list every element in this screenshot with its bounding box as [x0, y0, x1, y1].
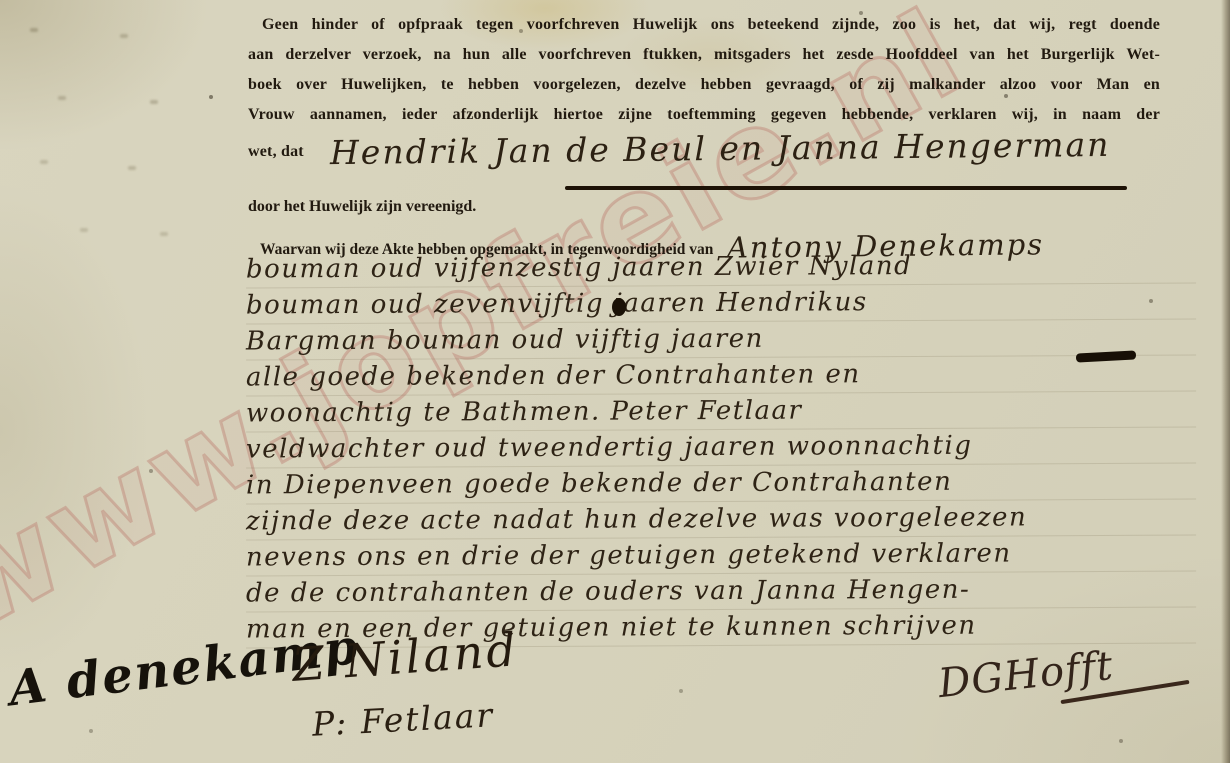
handwritten-line: Bargman bouman oud vijftig jaaren: [246, 320, 1196, 361]
printed-text-line: wet, datHendrik Jan de Beul en Janna Hen…: [248, 130, 1160, 160]
handwritten-line: de de contrahanten de ouders van Janna H…: [246, 572, 1196, 613]
printed-text-line: Geen hinder of opfpraak tegen voorfchrev…: [248, 10, 1160, 40]
handwritten-line: woonachtig te Bathmen. Peter Fetlaar: [246, 392, 1196, 433]
handwritten-line: nevens ons en drie der getuigen getekend…: [246, 536, 1196, 577]
handwritten-line: veldwachter oud tweendertig jaaren woonn…: [246, 428, 1196, 469]
printed-lead-in: wet, dat: [248, 143, 304, 160]
printed-text-line: boek over Huwelijken, te hebben voorgele…: [248, 70, 1160, 100]
handwritten-body: bouman oud vijfenzestig jaaren Zwier Nyl…: [246, 250, 1196, 646]
printed-paragraph: Geen hinder of opfpraak tegen voorfchrev…: [248, 10, 1160, 160]
printed-door-line: door het Huwelijk zijn vereenigd.: [248, 198, 476, 216]
handwritten-line: in Diepenveen goede bekende der Contraha…: [246, 464, 1196, 505]
horizontal-ink-rule: [565, 186, 1127, 190]
ink-blot: [612, 298, 626, 316]
paper-specks: [0, 0, 2, 2]
handwritten-line: bouman oud vijfenzestig jaaren Zwier Nyl…: [246, 248, 1196, 289]
handwritten-line: alle goede bekenden der Contrahanten en: [246, 356, 1196, 397]
printed-text-line: aan derzelver verzoek, na hun alle voorf…: [248, 40, 1160, 70]
handwritten-couple-names: Hendrik Jan de Beul en Janna Hengerman: [330, 130, 1111, 168]
handwritten-line: bouman oud zevenvijftig jaaren Hendrikus: [246, 284, 1196, 325]
page-edge-shadow: [1221, 0, 1230, 763]
handwritten-line: zijnde deze acte nadat hun dezelve was v…: [246, 500, 1196, 541]
